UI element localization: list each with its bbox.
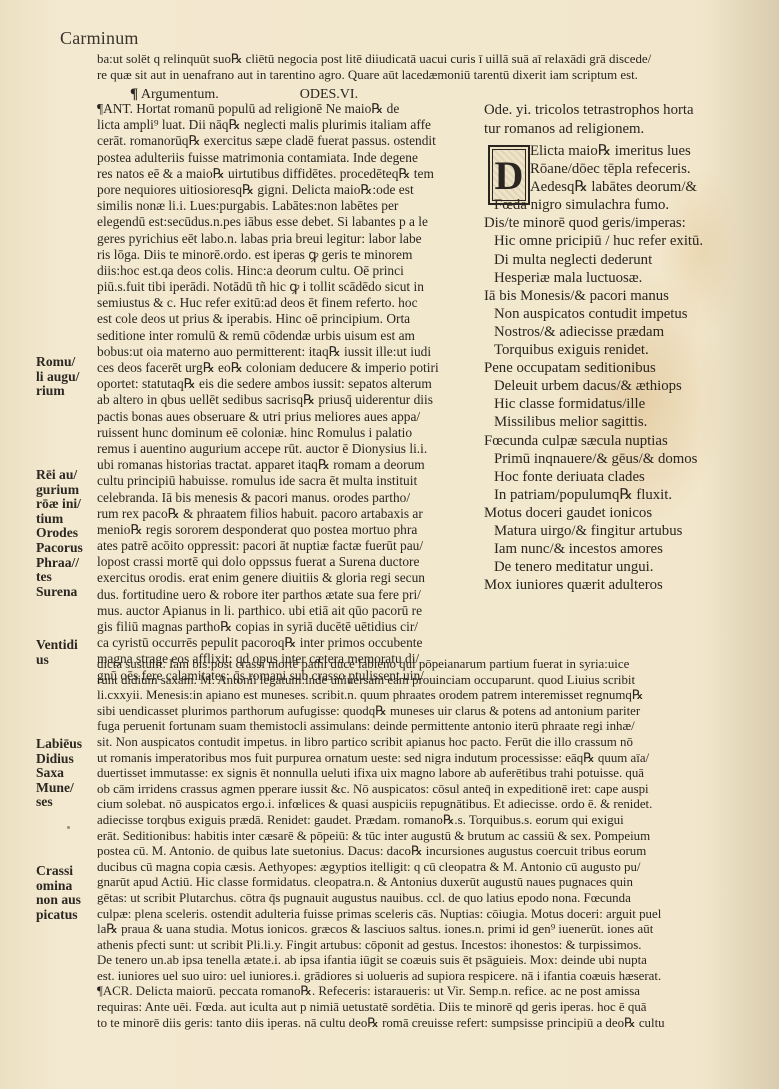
margin-note-line: us — [36, 653, 78, 668]
ode-intro-line-2: tur romanos ad religionem. — [484, 121, 644, 138]
argument-label: Argumentum. — [141, 87, 219, 102]
poem-verse: Torquibus exiguis renidet. — [484, 341, 703, 359]
commentary-line: to te minorē diis geris: tanto diis iper… — [97, 1016, 665, 1032]
commentary-line: geres pyrichius eēt labo.n. labas pria b… — [97, 231, 439, 247]
commentary-left-column: ¶ANT. Hortat romanū populū ad religionē … — [97, 101, 439, 684]
poem-verse: Hic omne pricipiū / huc refer exitū. — [484, 232, 703, 250]
commentary-line: li.cxxyii. Menesis:in apiano est muneses… — [97, 688, 665, 704]
commentary-line: oportet: statutaq℞ eis die sedere ambos … — [97, 376, 439, 392]
margin-note-line: Phraa// — [36, 556, 83, 571]
commentary-line: ruissent hunc dominum eē coloniæ. hinc R… — [97, 425, 439, 441]
poem-verse: Aedesq℞ labātes deorum/& — [484, 178, 703, 196]
commentary-line: ates patrē acōito oppressit: pacori āt n… — [97, 538, 439, 554]
poem-verse: Mox iuniores quærit adulteros — [484, 576, 703, 594]
commentary-line: athenis pfecti sunt: ut scribit Pli.li.y… — [97, 938, 665, 954]
commentary-line: licta ampli⁹ luat. Dii nāq℞ neglecti mal… — [97, 117, 439, 133]
poem-verse: De tenero meditatur ungui. — [484, 558, 703, 576]
margin-note-line: Pacorus — [36, 541, 83, 556]
commentary-line: ¶ACR. Delicta maiorū. peccata romano℞. R… — [97, 984, 665, 1000]
margin-note-line: ses — [36, 795, 82, 810]
pilcrow-icon: ¶ — [130, 86, 138, 102]
commentary-line: remus i auentino augurium accepe rūt. au… — [97, 441, 439, 457]
commentary-line: erāt. Seditionibus: habitis inter cæsarē… — [97, 829, 665, 845]
commentary-line: elegendū est:secūdus.n.pes iābus esse de… — [97, 214, 439, 230]
poem-verse: Hic classe formidatus/ille — [484, 395, 703, 413]
commentary-line: culpæ: plena sceleris. ostendit adulteri… — [97, 907, 665, 923]
commentary-line: gis filiū magnas partho℞ copias in syriā… — [97, 619, 439, 635]
commentary-line: sit. Non auspicatos contudit impetus. in… — [97, 735, 665, 751]
poem-verse: Non auspicatos contudit impetus — [484, 305, 703, 323]
commentary-line: ris lōga. Diis te minorē.ordo. est ipera… — [97, 247, 439, 263]
margin-note-line: Rēi au/ — [36, 468, 83, 483]
commentary-line: sibi uendicasset plurimos parthorum aufu… — [97, 704, 665, 720]
poem-verse: Matura uirgo/& fingitur artubus — [484, 522, 703, 540]
poem-verse: Iam nunc/& incestos amores — [484, 540, 703, 558]
poem-verse: Hesperiæ mala luctuosæ. — [484, 269, 703, 287]
commentary-line: est cole deos ut prius & iperabis. Hinc … — [97, 311, 439, 327]
poem-verse: Pene occupatam seditionibus — [484, 359, 703, 377]
margin-note-line: li augu/ — [36, 370, 79, 385]
margin-note-line: omina — [36, 879, 81, 894]
margin-note-line: picatus — [36, 908, 81, 923]
margin-note-line: gurium — [36, 483, 83, 498]
commentary-line: piū.s.fuit tibi iperādi. Notādū tñ hic ꝙ… — [97, 279, 439, 295]
commentary-line: ca cyristū occurrēs pepulit pacoroq℞ int… — [97, 635, 439, 651]
margin-note-line: Romu/ — [36, 355, 79, 370]
commentary-line: lopost crassi mortē qui dolo oppssus fue… — [97, 554, 439, 570]
commentary-line: requiras: Ante uēi. Fœda. aut iculta aut… — [97, 1000, 665, 1016]
commentary-line: duertisset immutasse: ex signis ēt nonnu… — [97, 766, 665, 782]
commentary-line: ¶ANT. Hortat romanū populū ad religionē … — [97, 101, 439, 117]
commentary-line: pactis bonas aues obseruare & utri prius… — [97, 409, 439, 425]
commentary-line: dicta sustulit. Iam bis:post crassi mort… — [97, 657, 665, 673]
commentary-line: semiustus & c. Huc refer exitū:ad deos ē… — [97, 295, 439, 311]
margin-note: LabiēusDidiusSaxaMune/ses — [36, 737, 82, 810]
commentary-line: ces deos facerēt urg℞ eo℞ coloniam deduc… — [97, 360, 439, 376]
commentary-line: cium solebat. nō auspicatos ergo.i. infœ… — [97, 797, 665, 813]
margin-note: Crassiominanon auspicatus — [36, 864, 81, 922]
commentary-line: ubi romanas historias tractat. apparet i… — [97, 457, 439, 473]
poem-verse: Iā bis Monesis/& pacori manus — [484, 287, 703, 305]
commentary-line: ducibus cū magna copia cæsis. Aethyopes:… — [97, 860, 665, 876]
margin-note-line: Mune/ — [36, 781, 82, 796]
ode-poem: Elicta maio℞ imeritus luesRōane/dōec tēp… — [484, 142, 703, 594]
margin-note-line: Ventidi — [36, 638, 78, 653]
commentary-line: ab altero in qbus uellēt sedibus sacrisq… — [97, 392, 439, 408]
margin-note-line: non aus — [36, 893, 81, 908]
commentary-line: mus. auctor Apianus in li. parthico. ubi… — [97, 603, 439, 619]
commentary-line: cultu principiū habuisse. romulus ide sa… — [97, 473, 439, 489]
commentary-line: bobus:ut oia materno auo permitterent: i… — [97, 344, 439, 360]
commentary-line: gnarūt apud Actiū. Hic classe formidatus… — [97, 875, 665, 891]
text-line: ba:ut solēt q relinquūt suo℞ cliētū nego… — [97, 52, 651, 68]
commentary-line: est. iuniores uel suo uiro: uel iuniores… — [97, 969, 665, 985]
running-head: Carminum — [60, 28, 139, 49]
commentary-line: cerāt. romanorūq℞ exercitus sæpe cladē f… — [97, 133, 439, 149]
commentary-line: exercitus orodis. erat enim genere diuit… — [97, 570, 439, 586]
text-line: re quæ sit aut in uenafrano aut in taren… — [97, 68, 651, 84]
commentary-line: seditione inter romulū & remū cōdendæ ur… — [97, 328, 439, 344]
margin-note-line: tium — [36, 512, 83, 527]
poem-verse: In patriam/populumq℞ fluxit. — [484, 486, 703, 504]
poem-verse: Fœcunda culpæ sæcula nuptias — [484, 432, 703, 450]
commentary-line: similis nonæ li.i. Lues:purgabis. Labāte… — [97, 198, 439, 214]
poem-verse: Fœda nigro simulachra fumo. — [484, 196, 703, 214]
commentary-line: ut romanis imperatoribus mos fuit purpur… — [97, 751, 665, 767]
poem-verse: Missilibus melior sagittis. — [484, 413, 703, 431]
margin-note-line: Orodes — [36, 526, 83, 541]
margin-note: Ventidius — [36, 638, 78, 667]
margin-note: Rēi au/guriumrōæ ini/tiumOrodesPacorusPh… — [36, 468, 83, 599]
poem-verse: Di multa neglecti dederunt — [484, 251, 703, 269]
commentary-line: De tenero un.ab ipsa tenella ætate.i. ab… — [97, 953, 665, 969]
commentary-line: ob cām irridens crassus agmen pperare iu… — [97, 782, 665, 798]
ode-intro-line-1: Ode. yi. tricolos tetrastrophos horta — [484, 102, 694, 119]
commentary-line: adiecisse torqbus exiguis prædā. Renidet… — [97, 813, 665, 829]
commentary-line: res natos eē & a maio℞ uirtutibus diffid… — [97, 166, 439, 182]
commentary-line: dus. fortitudine uero & robore iter part… — [97, 587, 439, 603]
commentary-line: runt didium saxam. M. Antonii legatum:in… — [97, 673, 665, 689]
commentary-line: postea adulteriis fuisse matrimonia cont… — [97, 150, 439, 166]
top-text: ba:ut solēt q relinquūt suo℞ cliētū nego… — [97, 52, 651, 83]
margin-note-line: Surena — [36, 585, 83, 600]
commentary-line: celebranda. Iā bis menesis & pacori manu… — [97, 490, 439, 506]
ode-number: ODES.VI. — [300, 87, 358, 102]
commentary-line: pore nequiores uitiosioresq℞ gigni. Deli… — [97, 182, 439, 198]
commentary-line: postea cū. M. Antonio. de quibus late su… — [97, 844, 665, 860]
poem-verse: Motus doceri gaudet ionicos — [484, 504, 703, 522]
poem-verse: Rōane/dōec tēpla refeceris. — [484, 160, 703, 178]
poem-verse: Elicta maio℞ imeritus lues — [484, 142, 703, 160]
margin-note-line: Crassi — [36, 864, 81, 879]
margin-note-line: Saxa — [36, 766, 82, 781]
poem-verse: Dis/te minorē quod geris/imperas: — [484, 214, 703, 232]
commentary-line: fuga peruenit fortunam suam themistocli … — [97, 719, 665, 735]
margin-note-line: Labiēus — [36, 737, 82, 752]
margin-note-line: tes — [36, 570, 83, 585]
margin-note-line: rium — [36, 384, 79, 399]
poem-verse: Hoc fonte deriuata clades — [484, 468, 703, 486]
commentary-full-width: dicta sustulit. Iam bis:post crassi mort… — [97, 657, 665, 1031]
margin-note: Romu/li augu/rium — [36, 355, 79, 399]
commentary-line: diis:hoc est.qa deos colis. Hinc:a deoru… — [97, 263, 439, 279]
poem-verse: Nostros/& adiecisse prædam — [484, 323, 703, 341]
commentary-line: gētas: ut scribit Plutarchus. cōtra q̄s … — [97, 891, 665, 907]
margin-note-line: rōæ ini/ — [36, 497, 83, 512]
ink-speck — [67, 826, 70, 829]
poem-verse: Deleuit urbem dacus/& æthiops — [484, 377, 703, 395]
commentary-line: rum rex paco℞ & phraatem filios habuit. … — [97, 506, 439, 522]
book-page: Carminum ba:ut solēt q relinquūt suo℞ cl… — [0, 0, 779, 1089]
commentary-line: menio℞ regis sororem desponderat quo pos… — [97, 522, 439, 538]
margin-note-line: Didius — [36, 752, 82, 767]
commentary-line: la℞ praua & uana studia. Motus ionicos. … — [97, 922, 665, 938]
poem-verse: Primū inqnauere/& gēus/& domos — [484, 450, 703, 468]
